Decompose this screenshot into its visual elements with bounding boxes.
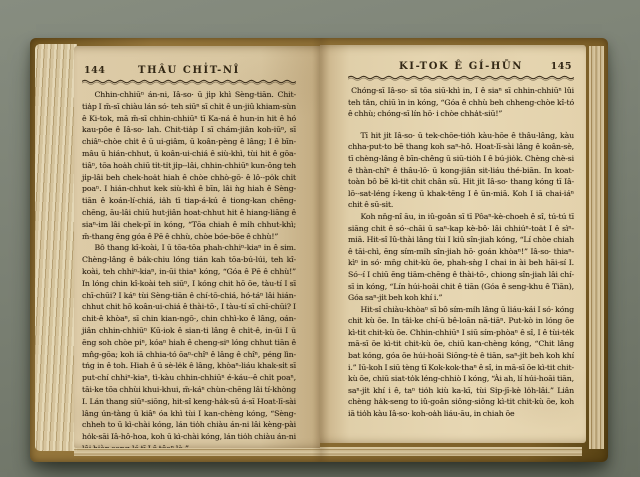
paragraph: Chhin-chhiūⁿ án-ni, Iâ-so· ū ji̍p khì Sè… [82, 89, 296, 242]
wavy-rule [348, 75, 574, 81]
photo-background: 144 THÂU CHI̍T-NÎ Chhin-chhiūⁿ án-ni, Iâ… [0, 0, 640, 477]
paragraph: Chóng-sī Iâ-so· sī tōa siū-khì in, I ê s… [348, 85, 574, 120]
open-book: 144 THÂU CHI̍T-NÎ Chhin-chhiūⁿ án-ni, Iâ… [30, 38, 608, 462]
paragraph: Koh nn̄g-nî āu, in iû-goân sī tī Pôaⁿ-kè… [348, 211, 574, 304]
right-page: KI-TOK Ê GÍ-HŪN 145 Chóng-sī Iâ-so· sī t… [320, 45, 586, 443]
left-page-number: 144 [84, 64, 105, 77]
right-page-number: 145 [551, 60, 572, 73]
paragraph: Bô thang kî-koài, I ū tōa-tōa phah-chhiⁿ… [82, 242, 296, 448]
right-page-header: KI-TOK Ê GÍ-HŪN 145 [348, 60, 574, 73]
right-page-stack-edges [589, 46, 604, 449]
left-page-stack-edges [35, 44, 77, 451]
bottom-page-edges [74, 447, 582, 456]
right-running-head: KI-TOK Ê GÍ-HŪN [399, 61, 523, 72]
left-page: 144 THÂU CHI̍T-NÎ Chhin-chhiūⁿ án-ni, Iâ… [74, 46, 320, 448]
right-page-text: Chóng-sī Iâ-so· sī tōa siū-khì in, I ê s… [348, 85, 574, 420]
paragraph: Hit-sî chiàu-khòaⁿ sī bô sím-mi̍h lâng ū… [348, 304, 574, 420]
left-running-head: THÂU CHI̍T-NÎ [138, 65, 240, 76]
left-page-header: 144 THÂU CHI̍T-NÎ [82, 64, 296, 77]
paragraph: Tī hit ji̍t Iâ-so· ū tek-chōe-tio̍h kàu-… [348, 130, 574, 211]
wavy-rule [82, 79, 296, 85]
left-page-text: Chhin-chhiūⁿ án-ni, Iâ-so· ū ji̍p khì Sè… [82, 89, 296, 448]
